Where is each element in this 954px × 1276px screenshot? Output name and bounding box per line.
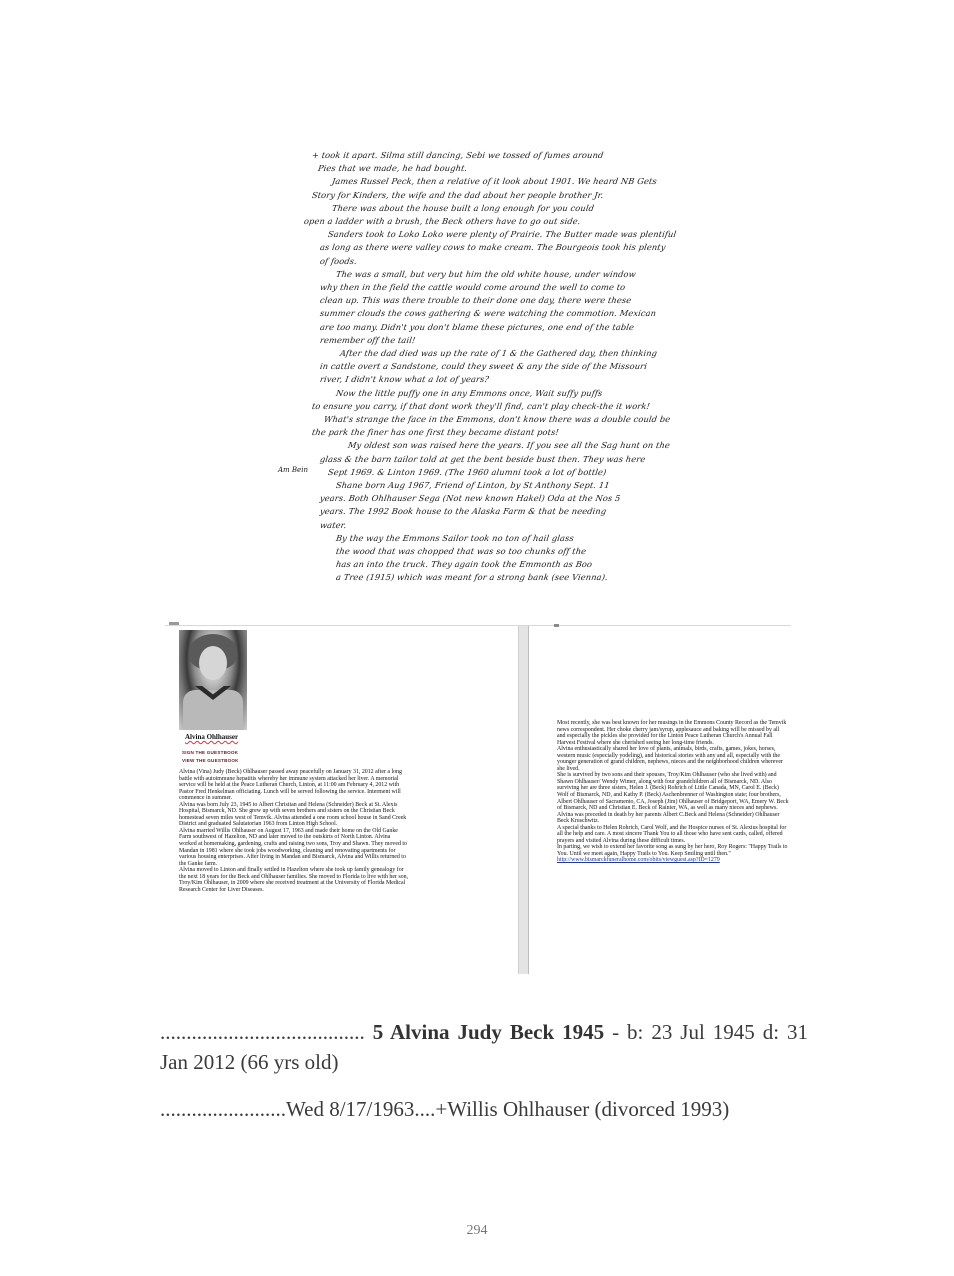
handwritten-line: to ensure you carry, if that dont work t… — [311, 401, 650, 411]
portrait-photo — [179, 630, 247, 730]
handwritten-line: My oldest son was raised here the years.… — [347, 440, 670, 450]
handwritten-line: are too many. Didn't you don't blame the… — [319, 322, 635, 332]
handwritten-line: a Tree (1915) which was meant for a stro… — [335, 572, 608, 582]
obituary-paragraph: In parting, we wish to extend her favori… — [557, 844, 789, 857]
handwritten-line: glass & the barn tailor told at get the … — [319, 454, 646, 464]
handwritten-line: Now the little puffy one in any Emmons o… — [335, 388, 603, 398]
handwritten-line: + took it apart. Silma still dancing, Se… — [311, 150, 604, 160]
obituary-clipping: Alvina Ohlhauser SIGN THE GUESTBOOK VIEW… — [165, 625, 791, 975]
obituary-paragraph: Alvina was preceded in death by her pare… — [557, 812, 789, 825]
handwritten-line: open a ladder with a brush, the Beck oth… — [303, 216, 581, 226]
genealogy-entry-person: ....................................... … — [160, 1017, 808, 1077]
handwritten-line: the park the finer has one first they be… — [311, 427, 559, 437]
handwritten-line: in cattle overt a Sandstone, could they … — [319, 361, 647, 371]
handwritten-line: Shane born Aug 1967, Friend of Linton, b… — [335, 480, 610, 490]
handwritten-line: clean up. This was there trouble to thei… — [319, 295, 632, 305]
handwritten-line: The was a small, but very but him the ol… — [335, 269, 636, 279]
clipping-corner-mark — [554, 624, 559, 627]
entry-leader-dots: ....................................... — [160, 1020, 365, 1044]
handwritten-line: Sept 1969. & Linton 1969. (The 1960 alum… — [327, 467, 607, 477]
handwritten-line: river, I didn't know what a lot of years… — [319, 374, 489, 384]
obituary-paragraph: Most recently, she was best known for he… — [557, 720, 789, 746]
handwritten-line: Pies that we made, he had bought. — [317, 163, 468, 173]
handwritten-line: Sanders took to Loko Loko were plenty of… — [327, 229, 677, 239]
handwritten-line: What's strange the face in the Emmons, d… — [323, 414, 671, 424]
handwritten-line: remember off the tail! — [319, 335, 416, 345]
name-caption-text: Alvina Ohlhauser — [185, 733, 238, 741]
handwritten-margin-note: Am Bein — [278, 466, 308, 474]
genealogy-entry-marriage: ........................Wed 8/17/1963...… — [160, 1094, 808, 1124]
handwritten-line: the wood that was chopped that was so to… — [335, 546, 587, 556]
obituary-paragraph: She is survived by two sons and their sp… — [557, 772, 789, 811]
sign-guestbook-link[interactable]: SIGN THE GUESTBOOK — [182, 750, 238, 755]
handwritten-line: By the way the Emmons Sailor took no ton… — [335, 533, 574, 543]
obituary-paragraph: Alvina (Vina) Judy (Beck) Ohlhauser pass… — [179, 769, 409, 802]
handwritten-line: as long as there were valley cows to mak… — [319, 242, 666, 252]
page-number: 294 — [0, 1223, 954, 1239]
handwritten-line: has an into the truck. They again took t… — [335, 559, 593, 569]
person-name: 5 Alvina Judy Beck 1945 — [373, 1020, 604, 1044]
handwritten-line: water. — [319, 520, 347, 530]
handwritten-line: summer clouds the cows gathering & were … — [319, 308, 657, 318]
clipping-top-border — [165, 625, 791, 626]
view-guestbook-link[interactable]: VIEW THE GUESTBOOK — [182, 758, 239, 763]
handwritten-line: years. Both Ohlhauser Sega (Not new know… — [319, 493, 621, 503]
name-caption: Alvina Ohlhauser — [185, 733, 238, 741]
photo-face — [199, 646, 227, 680]
source-url-link[interactable]: http://www.bismarckfuneralhome.com/obits… — [557, 857, 720, 863]
handwritten-letter-scan: Am Bein + took it apart. Silma still dan… — [300, 150, 660, 590]
obituary-right-column: Most recently, she was best known for he… — [557, 720, 789, 864]
handwritten-line: years. The 1992 Book house to the Alaska… — [319, 506, 607, 516]
obituary-paragraph: Alvina married Willis Ohlhauser on Augus… — [179, 828, 409, 867]
clipping-corner-mark — [169, 622, 179, 625]
handwritten-line: James Russel Peck, then a relative of it… — [331, 176, 657, 186]
obituary-paragraph: Alvina was born July 23, 1945 to Albert … — [179, 802, 409, 828]
obituary-paragraph: Alvina enthusiastically shared her love … — [557, 746, 789, 772]
handwritten-line: Story for Kinders, the wife and the dad … — [311, 190, 604, 200]
column-gutter — [518, 626, 529, 974]
obituary-left-column: Alvina (Vina) Judy (Beck) Ohlhauser pass… — [179, 769, 409, 893]
handwritten-line: There was about the house built a long e… — [331, 203, 594, 213]
handwritten-line: After the dad died was up the rate of 1 … — [339, 348, 658, 358]
entry-leader-dots: ........................ — [160, 1097, 286, 1121]
obituary-paragraph: Alvina moved to Linton and finally settl… — [179, 867, 409, 893]
handwritten-line: why then in the field the cattle would c… — [319, 282, 626, 292]
handwritten-line: of foods. — [319, 256, 357, 266]
obituary-paragraph: A special thanks to Helen Rohrich, Carol… — [557, 825, 789, 845]
marriage-details: Wed 8/17/1963....+Willis Ohlhauser (divo… — [286, 1097, 729, 1121]
